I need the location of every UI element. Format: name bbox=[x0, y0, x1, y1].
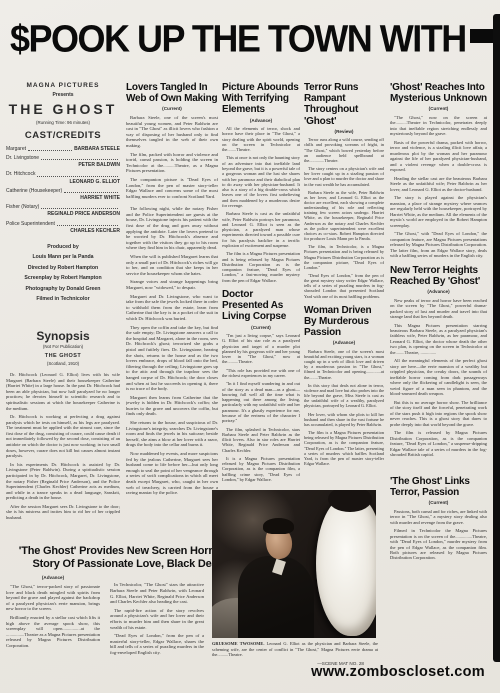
article-woman-driven: Woman Driven By Murderous Passion (Advan… bbox=[304, 305, 384, 466]
paragraph: The film is released by Magna Pictures D… bbox=[390, 430, 487, 457]
paragraph: Margaret and Dr. Livingstone, who want t… bbox=[126, 294, 218, 322]
article-body: Passions, both carnal and for riches, ar… bbox=[390, 509, 487, 561]
paragraph: Produced by bbox=[6, 244, 120, 250]
paragraph: "The Ghost," now on the screen at the...… bbox=[390, 115, 487, 137]
cast-name: PETER BALDWIN bbox=[6, 162, 120, 168]
article-body: Barbara Steele, one of the screen's most… bbox=[304, 349, 384, 466]
article-right-column: In Technicolor, "The Ghost" stars the at… bbox=[110, 574, 204, 658]
paragraph: In Technicolor, "The Ghost" stars the at… bbox=[110, 582, 204, 604]
paragraph: Photography by Donald Green bbox=[6, 286, 120, 292]
article-title: 'The Ghost' Links Terror, Passion bbox=[390, 476, 487, 498]
cast-credits-header: CAST/CREDITS bbox=[6, 130, 120, 142]
paragraph: "Dead Eyes of London," from the pen of t… bbox=[304, 273, 384, 299]
article-body: In Technicolor, "The Ghost" stars the at… bbox=[110, 582, 204, 655]
dotted-leader bbox=[28, 147, 72, 151]
paragraph: "The Ghost," with "Dead Eyes of London,"… bbox=[390, 231, 487, 258]
cast-role: Margaret bbox=[6, 146, 26, 152]
running-time: (Running Time: 96 minutes) bbox=[6, 120, 120, 125]
photo-caption: GRUESOME TWOSOME. Leonard G. Elliot as t… bbox=[212, 641, 378, 666]
cast-name: REGINALD PRICE ANDERSON bbox=[6, 211, 120, 217]
article-ghost-reaches: 'Ghost' Reaches Into Mysterious Unknown … bbox=[390, 82, 487, 259]
paragraph: Screenplay by Robert Hampton bbox=[6, 275, 120, 281]
article-new-terror: New Terror Heights Reached By 'Ghost' (A… bbox=[390, 265, 487, 458]
article-tag: (Advance) bbox=[304, 340, 384, 346]
paragraph: This at once is not only the haunting st… bbox=[222, 155, 300, 208]
cast-name: HARRIET WHITE bbox=[6, 195, 120, 201]
paragraph: Her lover, with whom she plots to kill h… bbox=[304, 412, 384, 427]
paragraph: Basis of the powerful drama, packed with… bbox=[390, 140, 487, 173]
paragraph: Barbara Steele, one of the screen's most… bbox=[126, 115, 218, 149]
article-doctor-corpse: Doctor Presented As Living Corpse (Curre… bbox=[222, 289, 300, 482]
cast-name: CHARLES KECHLER bbox=[6, 228, 120, 234]
dotted-leader bbox=[64, 189, 118, 193]
article-picture-abounds: Picture Abounds With Terrifying Elements… bbox=[222, 82, 300, 283]
article-body: "The Ghost," terror-packed story of pass… bbox=[6, 584, 100, 649]
paragraph: But this is no average horror show. The … bbox=[390, 400, 487, 427]
article-tag: (Current) bbox=[390, 500, 487, 506]
paragraph: "Dead Eyes of London," from the pen of a… bbox=[110, 633, 204, 655]
cast-name: LEONARD G. ELLIOT bbox=[6, 179, 120, 185]
paragraph: It is a Magna Pictures presentation rele… bbox=[222, 456, 300, 482]
paragraph: Now maddened by events, and more suspici… bbox=[126, 451, 218, 496]
paragraph: The companion picture is "Dead Eyes of L… bbox=[126, 177, 218, 199]
article-body: "The Ghost," now on the screen at the...… bbox=[390, 115, 487, 259]
page-title: $POOK UP THE TOWN WITH bbox=[10, 15, 466, 62]
cast-role: Fisher (Notary) bbox=[6, 204, 39, 210]
paragraph: "I'm just a living corpse," says Leonard… bbox=[222, 333, 300, 365]
paragraph: Barbara Steele is cast as the unfaithful… bbox=[222, 211, 300, 248]
article-title: Woman Driven By Murderous Passion bbox=[304, 305, 384, 339]
paragraph: The film is a Magna Pictures presentatio… bbox=[304, 430, 384, 466]
synopsis-header: Synopsis (Not For Publication) THE GHOST… bbox=[6, 329, 120, 367]
paragraph: Heading the stellar cast are the beauteo… bbox=[390, 176, 487, 192]
article-body: All the elements of terror, shock and ho… bbox=[222, 126, 300, 283]
paragraph: This Magna Pictures presentation starrin… bbox=[390, 323, 487, 356]
article-body: New peaks of terror and horror have been… bbox=[390, 298, 487, 458]
article-title: 'Ghost' Reaches Into Mysterious Unknown bbox=[390, 82, 487, 104]
watermark-text: www.zomboscloset.com bbox=[295, 664, 485, 680]
headline-banner: $POOK UP THE TOWN WITH bbox=[10, 14, 492, 63]
article-title: New Terror Heights Reached By 'Ghost' bbox=[390, 265, 487, 287]
paragraph: The story centers on a physician's wife … bbox=[304, 166, 384, 187]
cast-role: Dr. Hitchcock bbox=[6, 171, 35, 177]
paragraph: "The Ghost," terror-packed story of pass… bbox=[6, 584, 100, 612]
paragraph: They open the coffin and take the key, b… bbox=[126, 325, 218, 392]
production-credits: Produced byLouis Mann per la PandaDirect… bbox=[6, 244, 120, 303]
article-tag: (Advance) bbox=[222, 118, 300, 124]
paragraph: Barbara Steele as the wife, Peter Baldwi… bbox=[304, 190, 384, 242]
article-lovers-tangled: Lovers Tangled In Web of Own Making (Cur… bbox=[126, 82, 218, 199]
paragraph: Dr. Hitchcock is working at perfecting a… bbox=[6, 414, 120, 459]
paragraph: Filmed in Technicolor the Magna Pictures… bbox=[390, 528, 487, 561]
article-title: Terror Runs Rampant Throughout 'Ghost' bbox=[304, 82, 384, 127]
dotted-leader bbox=[41, 205, 118, 209]
paragraph: Dr. Hitchcock (Leonard G. Elliot) lives … bbox=[6, 372, 120, 411]
article-title: Lovers Tangled In Web of Own Making bbox=[126, 82, 218, 104]
column-5: 'Ghost' Reaches Into Mysterious Unknown … bbox=[390, 82, 487, 666]
synopsis-setting: (Scotland, 1910) bbox=[6, 361, 120, 366]
paragraph: When the will is published Margaret lear… bbox=[126, 254, 218, 276]
paragraph: Terror runs along a wild course, sending… bbox=[304, 137, 384, 163]
synopsis-subheading: (Not For Publication) bbox=[6, 344, 120, 349]
paragraph: The film, packed with horror and violenc… bbox=[126, 152, 218, 174]
paragraph: The rapid-fire action of the story revol… bbox=[110, 608, 204, 630]
article-terror-rampant: Terror Runs Rampant Throughout 'Ghost' (… bbox=[304, 82, 384, 299]
article-body: Terror runs along a wild course, sending… bbox=[304, 137, 384, 299]
article-body: "I'm just a living corpse," says Leonard… bbox=[222, 333, 300, 482]
synopsis-text: Dr. Hitchcock (Leonard G. Elliot) lives … bbox=[6, 372, 120, 520]
cast-row: Dr. Livingstone bbox=[6, 155, 120, 161]
scene-still-photo bbox=[212, 490, 376, 638]
paragraph: Directed by Robert Hampton bbox=[6, 265, 120, 271]
paragraph: The film, in Technicolor, is a Magna Pic… bbox=[304, 244, 384, 270]
column-4: Terror Runs Rampant Throughout 'Ghost' (… bbox=[304, 82, 384, 486]
cast-row: Police Superintendent bbox=[6, 221, 120, 227]
photo-man-hair bbox=[263, 518, 294, 534]
cast-name: BARBARA STEELE bbox=[74, 146, 120, 152]
credits-block: MAGNA PICTURES Presents THE GHOST (Runni… bbox=[6, 82, 120, 303]
paragraph: All the meaningful elements of the perfe… bbox=[390, 358, 487, 396]
film-title: THE GHOST bbox=[6, 101, 120, 118]
cast-row: Margaret BARBARA STEELE bbox=[6, 146, 120, 152]
paragraph: Filmed in Technicolor bbox=[6, 296, 120, 302]
paragraph: She returns to the house, and suspicious… bbox=[126, 420, 218, 448]
dotted-leader bbox=[37, 173, 118, 177]
paragraph: "In it I find myself wandering in and ou… bbox=[222, 381, 300, 423]
cast-row: Dr. Hitchcock bbox=[6, 171, 120, 177]
paragraph: Passions, both carnal and for riches, ar… bbox=[390, 509, 487, 525]
article-left-column: (Advance) "The Ghost," terror-packed sto… bbox=[6, 574, 100, 658]
article-tag: (Advance) bbox=[390, 289, 487, 295]
paragraph: Louis Mann per la Panda bbox=[6, 254, 120, 260]
column-2: Lovers Tangled In Web of Own Making (Cur… bbox=[126, 82, 218, 534]
cast-role: Police Superintendent bbox=[6, 221, 55, 227]
paragraph: Margaret then learns from Catherine that… bbox=[126, 395, 218, 417]
paragraph: The film, splashed in Technicolor, stars… bbox=[222, 427, 300, 453]
paragraph: Strange voices and strange happenings br… bbox=[126, 279, 218, 290]
paragraph: The film is a Magna Pictures presentatio… bbox=[222, 251, 300, 283]
paragraph: New peaks of terror and horror have been… bbox=[390, 298, 487, 320]
paragraph: After the session Margaret sees Dr. Livi… bbox=[6, 504, 120, 521]
paragraph: The story is played against the physicia… bbox=[390, 195, 487, 228]
paragraph: In his experiments Dr. Hitchcock is assi… bbox=[6, 462, 120, 501]
photo-woman-white-fur bbox=[316, 496, 376, 636]
article-tag: (Review) bbox=[304, 129, 384, 135]
cast-role: Catherine (Housekeeper) bbox=[6, 188, 62, 194]
paragraph: "This role has provided me with one of t… bbox=[222, 368, 300, 379]
synopsis-continuation: The following night, while the notary Fi… bbox=[126, 206, 218, 496]
article-title: Doctor Presented As Living Corpse bbox=[222, 289, 300, 323]
article-tag: (Advance) bbox=[6, 575, 100, 581]
dotted-leader bbox=[57, 222, 118, 226]
article-tag: (Current) bbox=[126, 106, 218, 112]
article-tag: (Current) bbox=[390, 106, 487, 112]
caption-lead: GRUESOME TWOSOME. bbox=[212, 641, 264, 646]
paragraph: In this story that deals not alone in te… bbox=[304, 383, 384, 409]
studio-name: MAGNA PICTURES bbox=[6, 82, 120, 90]
synopsis-film-title: THE GHOST bbox=[6, 353, 120, 360]
paragraph: Brilliantly enacted by a stellar cast wh… bbox=[6, 615, 100, 649]
article-body: Barbara Steele, one of the screen's most… bbox=[126, 115, 218, 199]
presents-label: Presents bbox=[6, 92, 120, 98]
article-title: Picture Abounds With Terrifying Elements bbox=[222, 82, 300, 116]
scan-edge-strip bbox=[493, 14, 500, 662]
paragraph: All the elements of terror, shock and ho… bbox=[222, 126, 300, 152]
credits-column: MAGNA PICTURES Presents THE GHOST (Runni… bbox=[6, 82, 120, 534]
cast-role: Dr. Livingstone bbox=[6, 155, 39, 161]
column-3: Picture Abounds With Terrifying Elements… bbox=[222, 82, 300, 486]
cast-row: Catherine (Housekeeper) bbox=[6, 188, 120, 194]
cast-row: Fisher (Notary) bbox=[6, 204, 120, 210]
article-tag: (Current) bbox=[222, 325, 300, 331]
paragraph: Barbara Steele, one of the screen's most… bbox=[304, 349, 384, 380]
dotted-leader bbox=[41, 156, 118, 160]
synopsis-heading: Synopsis bbox=[6, 329, 120, 344]
paragraph: The following night, while the notary Fi… bbox=[126, 206, 218, 251]
article-ghost-links: 'The Ghost' Links Terror, Passion (Curre… bbox=[390, 476, 487, 561]
